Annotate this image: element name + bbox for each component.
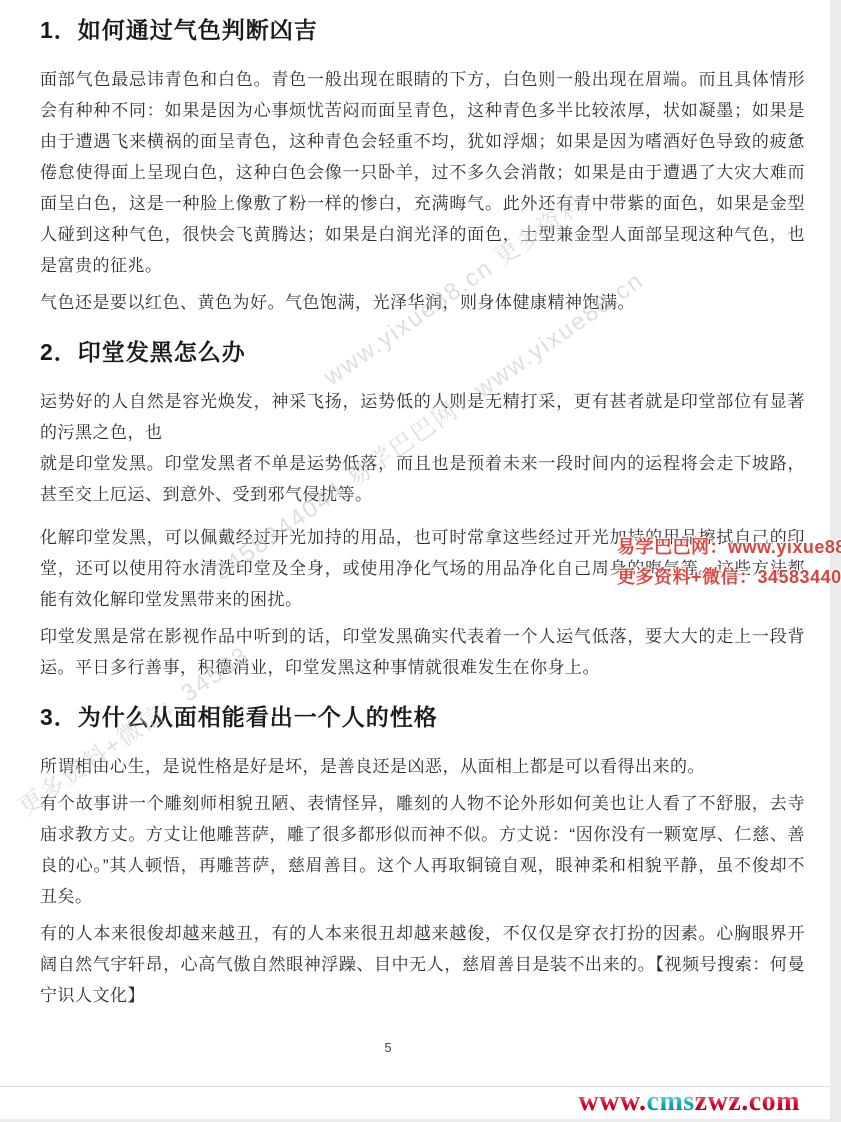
section-heading-3: 3．为什么从面相能看出一个人的性格 (40, 701, 805, 733)
document-content: 1．如何通过气色判断凶吉 面部气色最忌讳青色和白色。青色一般出现在眼睛的下方，白… (40, 0, 805, 1017)
paragraph: 有的人本来很俊却越来越丑，有的人本来很丑却越来越俊，不仅仅是穿衣打扮的因素。心胸… (40, 918, 805, 1011)
document-page: 3458344044 易学巴巴网：www.yixue88.cn 更多资料+微信：… (0, 0, 841, 1122)
red-watermark-line1: 易学巴巴网：www.yixue88.cn (617, 532, 841, 562)
paragraph: 气色还是要以红色、黄色为好。气色饱满，光泽华润，则身体健康精神饱满。 (40, 287, 805, 318)
paragraph: 有个故事讲一个雕刻师相貌丑陋、表情怪异，雕刻的人物不论外形如何美也让人看了不舒服… (40, 788, 805, 912)
footer-site-link[interactable]: www.cmszwz.com (578, 1087, 800, 1117)
paragraph: 运势好的人自然是容光焕发，神采飞扬，运势低的人则是无精打采，更有甚者就是印堂部位… (40, 386, 805, 448)
page-number: 5 (378, 1040, 398, 1055)
paragraph: 所谓相由心生，是说性格是好是坏，是善良还是凶恶，从面相上都是可以看得出来的。 (40, 751, 805, 782)
section-qise: 1．如何通过气色判断凶吉 面部气色最忌讳青色和白色。青色一般出现在眼睛的下方，白… (40, 14, 805, 318)
paragraph: 面部气色最忌讳青色和白色。青色一般出现在眼睛的下方，白色则一般出现在眉端。而且具… (40, 64, 805, 281)
paragraph: 就是印堂发黑。印堂发黑者不单是运势低落，而且也是预着未来一段时间内的运程将会走下… (40, 448, 805, 510)
footer-site-www: www. (578, 1086, 646, 1117)
red-watermark: 易学巴巴网：www.yixue88.cn 更多资料+微信：3458344044 (617, 532, 841, 592)
red-watermark-line2: 更多资料+微信：3458344044 (617, 562, 841, 592)
footer-site-zwz: zwz.com (695, 1086, 800, 1117)
footer-site-cms: cms (647, 1086, 695, 1117)
paragraph: 印堂发黑是常在影视作品中听到的话，印堂发黑确实代表着一个人运气低落，要大大的走上… (40, 621, 805, 683)
section-mianxiang: 3．为什么从面相能看出一个人的性格 所谓相由心生，是说性格是好是坏，是善良还是凶… (40, 701, 805, 1011)
section-heading-1: 1．如何通过气色判断凶吉 (40, 14, 805, 46)
section-yintang: 2．印堂发黑怎么办 运势好的人自然是容光焕发，神采飞扬，运势低的人则是无精打采，… (40, 336, 805, 683)
section-heading-2: 2．印堂发黑怎么办 (40, 336, 805, 368)
